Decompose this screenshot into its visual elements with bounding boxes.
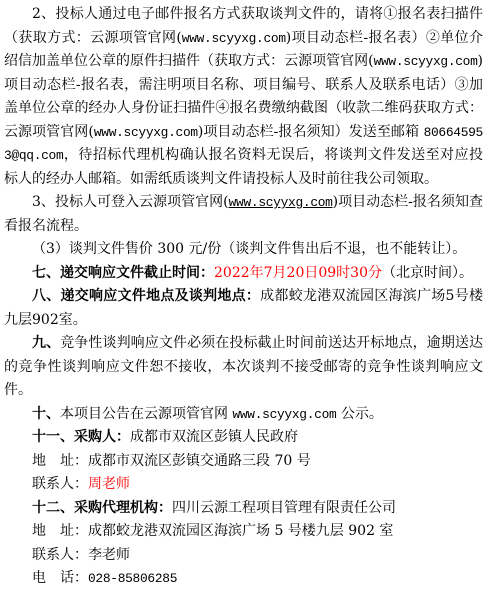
agency-address: 地 址：成都蛟龙港双流园区海滨广场 5 号楼九层 902 室 xyxy=(32,523,393,539)
deadline-datetime: 2022年7月20日09时30分 xyxy=(214,265,382,281)
agency-website-url: www.scyyxg.com xyxy=(94,125,198,140)
text-segment: 电 话： xyxy=(32,570,88,586)
agency-website-url: www.scyyxg.com xyxy=(182,31,286,46)
para-late-submission-rule: 九、竞争性谈判响应文件必须在投标截止时间前送达开标地点，逾期送达的竞争性谈判响应… xyxy=(4,332,483,403)
para-submission-deadline: 七、递交响应文件截止时间：2022年7月20日09时30分（北京时间）。 xyxy=(4,262,483,286)
text-segment: 竞争性谈判响应文件必须在投标截止时间前送达开标地点，逾期送达的竞争性谈判响应文件… xyxy=(4,335,483,398)
text-segment: ，待招标代理机构确认报名资料无误后，将谈判文件发送至对应投标人的经办人邮箱。如需… xyxy=(4,147,483,187)
agency-phone-number: 028-85806285 xyxy=(88,571,177,586)
purchaser-address: 地 址：成都市双流区彭镇交通路三段 70 号 xyxy=(32,453,311,469)
text-segment: 联系人： xyxy=(32,476,88,492)
text-segment: 本项目公告在云源项管官网 xyxy=(60,406,232,422)
agency-website-url: www.scyyxg.com xyxy=(374,54,478,69)
para-email-registration: 2、投标人通过电子邮件报名方式获取谈判文件的，请将①报名表扫描件（获取方式：云源… xyxy=(4,3,483,191)
para-announcement-publication: 十、本项目公告在云源项管官网 www.scyyxg.com 公示。 xyxy=(4,403,483,427)
para-purchaser-address: 地 址：成都市双流区彭镇交通路三段 70 号 xyxy=(4,450,483,474)
section-heading-12: 十二、采购代理机构： xyxy=(32,500,172,516)
section-heading-8: 八、递交响应文件地点及谈判地点： xyxy=(32,288,260,304)
para-purchaser: 十一、采购人：成都市双流区彭镇人民政府 xyxy=(4,426,483,450)
para-agency-phone: 电 话：028-85806285 xyxy=(4,567,483,591)
para-agency-address: 地 址：成都蛟龙港双流园区海滨广场 5 号楼九层 902 室 xyxy=(4,520,483,544)
para-document-price: （3）谈判文件售价 300 元/份（谈判文件售出后不退，也不能转让）。 xyxy=(4,238,483,262)
para-purchaser-contact: 联系人：周老师 xyxy=(4,473,483,497)
agency-name: 四川云源工程项目管理有限责任公司 xyxy=(172,500,396,516)
section-heading-7: 七、递交响应文件截止时间： xyxy=(32,265,214,281)
para-agency-contact: 联系人：李老师 xyxy=(4,544,483,568)
section-heading-9: 九、 xyxy=(32,335,60,351)
purchaser-contact-name: 周老师 xyxy=(88,476,130,492)
text-segment: （北京时间）。 xyxy=(382,265,473,281)
purchaser-name: 成都市双流区彭镇人民政府 xyxy=(130,429,298,445)
para-procurement-agency: 十二、采购代理机构：四川云源工程项目管理有限责任公司 xyxy=(4,497,483,521)
para-submission-location: 八、递交响应文件地点及谈判地点：成都蛟龙港双流园区海滨广场5号楼九层902室。 xyxy=(4,285,483,332)
text-segment: （3）谈判文件售价 300 元/份（谈判文件售出后不退，也不能转让）。 xyxy=(32,241,466,257)
document-body: 2、投标人通过电子邮件报名方式获取谈判文件的，请将①报名表扫描件（获取方式：云源… xyxy=(4,3,483,591)
agency-website-link[interactable]: www.scyyxg.com xyxy=(229,195,333,210)
text-segment: 3、投标人可登入云源项管官网( xyxy=(32,194,229,210)
document-page: 2、投标人通过电子邮件报名方式获取谈判文件的，请将①报名表扫描件（获取方式：云源… xyxy=(0,0,489,600)
agency-contact-name: 联系人：李老师 xyxy=(32,547,130,563)
para-website-signup-flow: 3、投标人可登入云源项管官网(www.scyyxg.com)项目动态栏-报名须知… xyxy=(4,191,483,238)
section-heading-11: 十一、采购人： xyxy=(32,429,130,445)
text-segment: 公示。 xyxy=(336,406,382,422)
section-heading-10: 十、 xyxy=(32,406,60,422)
agency-website-url: www.scyyxg.com xyxy=(232,407,336,422)
text-segment: )项目动态栏-报名须知）发送至邮箱 xyxy=(198,124,424,140)
